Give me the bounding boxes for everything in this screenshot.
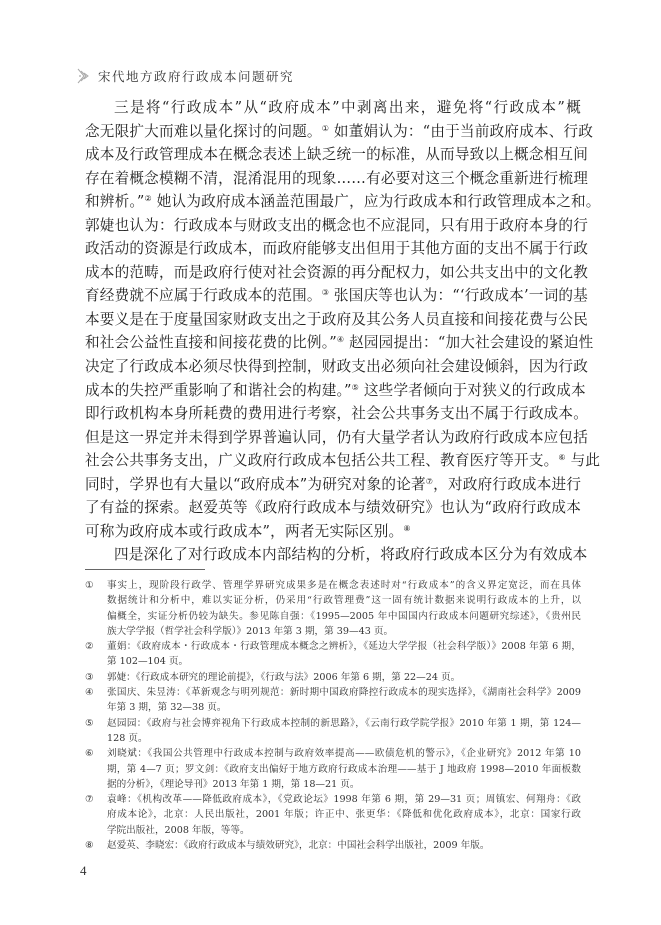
- text-line: 育经费就不应属于行政成本的范围。③ 张国庆等也认为：“‘行政成本’一词的基: [85, 284, 581, 308]
- footnote: ①事实上，现阶段行政学、管理学界研究成果多是在概念表述时对“行政成本”的含义界定…: [85, 578, 581, 639]
- footnote-line: 赵园园：《政府与社会博弈视角下行政成本控制的新思路》，《云南行政学院学报》201…: [107, 716, 581, 731]
- footnote-number: ①: [85, 578, 107, 639]
- text-line: 了有益的探索。赵爱英等《政府行政成本与绩效研究》也认为“政府行政成本: [85, 496, 581, 520]
- page-number: 4: [80, 863, 87, 879]
- text-line: 本要义是在于度量国家财政支出之于政府及其公务人员直接和间接花费与公民: [85, 308, 581, 332]
- footnote-line: 事实上，现阶段行政学、管理学界研究成果多是在概念表述时对“行政成本”的含义界定宽…: [107, 578, 581, 593]
- footnote-number: ②: [85, 639, 107, 670]
- footnote-ref[interactable]: ④: [337, 335, 344, 344]
- footnote-line: 袁峰：《机构改革——降低政府成本》，《党政论坛》1998 年第 6 期，第 29…: [107, 792, 581, 807]
- footnote: ③郭婕：《行政成本研究的理论前提》，《行政与法》2006 年第 6 期，第 22…: [85, 670, 581, 685]
- footnote-ref[interactable]: ③: [322, 288, 329, 297]
- text-line: 四是深化了对行政成本内部结构的分析，将政府行政成本区分为有效成本: [85, 543, 581, 567]
- footnote-line: 128 页。: [107, 731, 581, 746]
- footnote: ⑤赵园园：《政府与社会博弈视角下行政成本控制的新思路》，《云南行政学院学报》20…: [85, 716, 581, 747]
- footnote: ②董娟：《政府成本・行政成本・行政管理成本概念之辨析》，《延边大学学报（社会科学…: [85, 639, 581, 670]
- footnote-line: 张国庆、朱昱涛：《革新观念与明列规范：新时期中国政府降控行政成本的现实选择》，《…: [107, 685, 581, 700]
- footnote-line: 偏概全，实证分析仍较为缺失。参见陈自强：《1995—2005 年中国国内行政成本…: [107, 609, 581, 624]
- footnote-ref[interactable]: ⑤: [352, 383, 359, 392]
- footnote-number: ⑤: [85, 716, 107, 747]
- text-line: 成本的失控严重影响了和谐社会的构建。”⑤ 这些学者倾向于对狭义的行政成本: [85, 379, 581, 403]
- footnote: ⑦袁峰：《机构改革——降低政府成本》，《党政论坛》1998 年第 6 期，第 2…: [85, 792, 581, 838]
- footnote-line: 年第 3 期，第 32—38 页。: [107, 700, 581, 715]
- text-line: 念无限扩大而难以量化探讨的问题。① 如董娟认为：“由于当前政府成本、行政: [85, 120, 581, 144]
- text-line: 和辨析。”② 她认为政府成本涵盖范围最广，应为行政成本和行政管理成本之和。: [85, 190, 581, 214]
- footnote-ref[interactable]: ①: [322, 124, 329, 133]
- text-line: 存在着概念模糊不清，混淆混用的现象……有必要对这三个概念重新进行梳理: [85, 167, 581, 191]
- text-line: 但是这一界定并未得到学界普遍认同，仍有大量学者认为政府行政成本应包括: [85, 426, 581, 450]
- footnote-ref[interactable]: ②: [145, 194, 152, 203]
- footnote: ④张国庆、朱昱涛：《革新观念与明列规范：新时期中国政府降控行政成本的现实选择》，…: [85, 685, 581, 716]
- footnote-line: 刘晓斌：《我国公共管理中行政成本控制与政府效率提高——欧债危机的警示》，《企业研…: [107, 746, 581, 761]
- footnote-line: 族大学学报（哲学社会科学版）》2013 年第 3 期，第 39—43 页。: [107, 624, 581, 639]
- footnote-line: 据的分析》，《理论导刊》2013 年第 1 期，第 18—21 页。: [107, 777, 581, 792]
- footnote: ⑥刘晓斌：《我国公共管理中行政成本控制与政府效率提高——欧债危机的警示》，《企业…: [85, 746, 581, 792]
- footnote-line: 数据统计和分析中，难以实证分析，仍采用“行政管理费”这一固有统计数据来说明行政成…: [107, 593, 581, 608]
- text-line: 和社会公益性直接和间接花费的比例。”④ 赵园园提出：“加大社会建设的紧迫性: [85, 331, 581, 355]
- text-line: 三是将“行政成本”从“政府成本”中剥离出来，避免将“行政成本”概: [85, 96, 581, 120]
- text-line: 即行政机构本身所耗费的费用进行考察，社会公共事务支出不属于行政成本。: [85, 402, 581, 426]
- footnote-number: ③: [85, 670, 107, 685]
- footnote-number: ⑦: [85, 792, 107, 838]
- text-line: 郭婕也认为：行政成本与财政支出的概念也不应混同，只有用于政府本身的行: [85, 214, 581, 238]
- footnote-line: 期，第 4—7 页；罗文剑：《政府支出偏好于地方政府行政成本治理——基于 J 地…: [107, 762, 581, 777]
- text-line: 决定了行政成本必须尽快得到控制，财政支出必须向社会建设倾斜，因为行政: [85, 355, 581, 379]
- body-paragraphs: 三是将“行政成本”从“政府成本”中剥离出来，避免将“行政成本”概念无限扩大而难以…: [85, 96, 581, 567]
- footnote-line: 第 102—104 页。: [107, 654, 581, 669]
- book-title: 宋代地方政府行政成本问题研究: [98, 67, 294, 85]
- footnote-number: ⑥: [85, 746, 107, 792]
- footnote-line: 赵爱英、李晓宏：《政府行政成本与绩效研究》，北京：中国社会科学出版社，2009 …: [107, 838, 581, 853]
- text-line: 可称为政府成本或行政成本”，两者无实际区别。⑧: [85, 520, 581, 544]
- footnote-separator: [85, 569, 205, 570]
- text-line: 成本的范畴，而是政府行使对社会资源的再分配权力，如公共支出中的文化教: [85, 261, 581, 285]
- footnote-number: ⑧: [85, 838, 107, 853]
- footnote-number: ④: [85, 685, 107, 716]
- footnote-ref[interactable]: ⑧: [403, 524, 410, 533]
- text-line: 政活动的资源是行政成本，而政府能够支出但用于其他方面的支出不属于行政: [85, 237, 581, 261]
- text-line: 成本及行政管理成本在概念表述上缺乏统一的标准，从而导致以上概念相互间: [85, 143, 581, 167]
- footnote: ⑧赵爱英、李晓宏：《政府行政成本与绩效研究》，北京：中国社会科学出版社，2009…: [85, 838, 581, 853]
- text-line: 社会公共事务支出，广义政府行政成本包括公共工程、教育医疗等开支。⑥ 与此: [85, 449, 581, 473]
- footnote-line: 府成本论》，北京：人民出版社，2001 年版；许正中、张更华：《降低和优化政府成…: [107, 807, 581, 822]
- decorative-ornament-icon: [76, 68, 90, 84]
- footnote-ref[interactable]: ⑦: [426, 477, 433, 486]
- footnote-line: 学院出版社，2008 年版，等等。: [107, 823, 581, 838]
- footnote-line: 董娟：《政府成本・行政成本・行政管理成本概念之辨析》，《延边大学学报（社会科学版…: [107, 639, 581, 654]
- text-line: 同时，学界也有大量以“政府成本”为研究对象的论著⑦，对政府行政成本进行: [85, 473, 581, 497]
- footnote-ref[interactable]: ⑥: [558, 453, 565, 462]
- footnote-line: 郭婕：《行政成本研究的理论前提》，《行政与法》2006 年第 6 期，第 22—…: [107, 670, 581, 685]
- footnotes: ①事实上，现阶段行政学、管理学界研究成果多是在概念表述时对“行政成本”的含义界定…: [85, 578, 581, 853]
- running-header: 宋代地方政府行政成本问题研究: [76, 66, 294, 86]
